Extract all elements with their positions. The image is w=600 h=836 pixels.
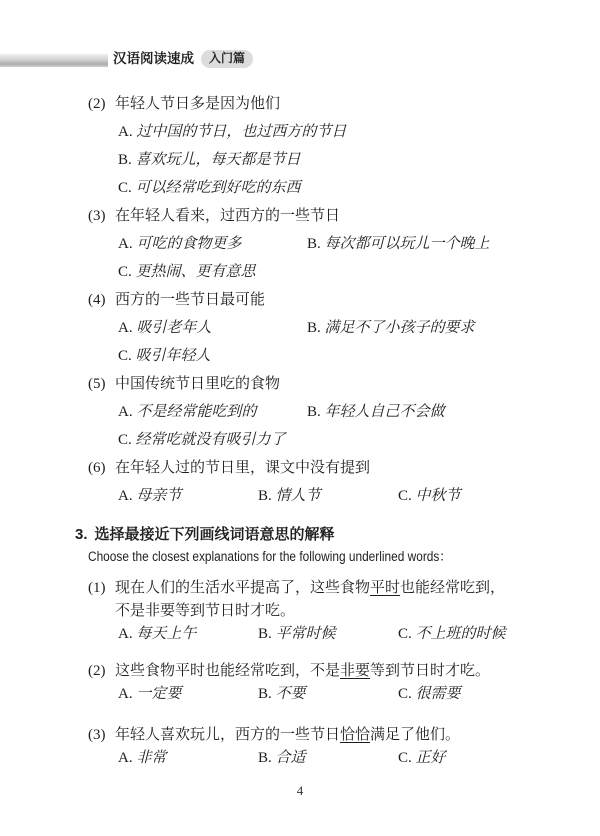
option-label: B. [258, 686, 272, 702]
option-label: A. [118, 320, 133, 336]
question-s2-3: (3) 在年轻人看来，过西方的一些节日 A. 可吃的食物更多 B. 每次都可以玩… [88, 202, 512, 286]
option-a: A. 不是经常能吃到的 [118, 398, 307, 426]
option-text: 不是经常能吃到的 [136, 404, 256, 420]
question-stem: 中国传统节日里吃的食物 [115, 370, 512, 398]
option-c: C. 吸引年轻人 [118, 342, 307, 370]
option-label: C. [398, 750, 412, 766]
option-label: A. [118, 750, 133, 766]
option-c: C. 很需要 [398, 683, 512, 706]
option-a: A. 一定要 [118, 683, 258, 706]
option-text: 每天上午 [136, 626, 196, 642]
option-text: 每次都可以玩儿一个晚上 [325, 236, 490, 252]
question-stem: 在年轻人看来，过西方的一些节日 [115, 202, 512, 230]
question-number: (6) [88, 454, 115, 482]
volume-badge: 入门篇 [201, 50, 253, 68]
option-text: 中秋节 [416, 488, 461, 504]
option-label: B. [307, 404, 321, 420]
option-c: C. 正好 [398, 747, 512, 770]
option-b: B. 平常时候 [258, 623, 398, 646]
option-label: A. [118, 488, 133, 504]
option-text: 合适 [276, 750, 306, 766]
options: A. 过中国的节日，也过西方的节日 B. 喜欢玩儿，每天都是节日 C. 可以经常… [115, 118, 512, 202]
option-text: 可以经常吃到好吃的东西 [136, 180, 301, 196]
underlined-word: 恰恰 [340, 727, 370, 743]
section-3-subtitle: Choose the closest explanations for the … [88, 547, 512, 567]
option-label: C. [398, 686, 412, 702]
options: A. 可吃的食物更多 B. 每次都可以玩儿一个晚上 C. 更热闹、更有意思 [115, 230, 512, 286]
option-label: C. [118, 348, 132, 364]
question-number: (1) [88, 577, 115, 600]
question-stem: 年轻人节日多是因为他们 [115, 90, 512, 118]
question-stem: 这些食物平时也能经常吃到，不是非要等到节日时才吃。 [115, 660, 512, 683]
option-b: B. 情人节 [258, 482, 398, 510]
option-b: B. 每次都可以玩儿一个晚上 [307, 230, 512, 258]
option-label: C. [118, 264, 132, 280]
options: A. 每天上午 B. 平常时候 C. 不上班的时候 [115, 623, 512, 646]
question-s3-1: (1) 现在人们的生活水平提高了，这些食物平时也能经常吃到，不是非要等到节日时才… [88, 577, 512, 646]
option-text: 吸引老年人 [136, 320, 211, 336]
header-rule [0, 54, 108, 67]
option-a: A. 母亲节 [118, 482, 258, 510]
options: A. 吸引老年人 B. 满足不了小孩子的要求 C. 吸引年轻人 [115, 314, 512, 370]
option-c: C. 经常吃就没有吸引力了 [118, 426, 307, 454]
option-b: B. 年轻人自己不会做 [307, 398, 512, 426]
option-c: C. 更热闹、更有意思 [118, 258, 307, 286]
page-content: (2) 年轻人节日多是因为他们 A. 过中国的节日，也过西方的节日 B. 喜欢玩… [88, 90, 512, 770]
option-a: A. 过中国的节日，也过西方的节日 [118, 118, 512, 146]
option-text: 一定要 [136, 686, 181, 702]
options: A. 非常 B. 合适 C. 正好 [115, 747, 512, 770]
option-text: 经常吃就没有吸引力了 [136, 432, 286, 448]
option-c: C. 不上班的时候 [398, 623, 512, 646]
option-label: A. [118, 124, 133, 140]
option-text: 过中国的节日，也过西方的节日 [136, 124, 346, 140]
question-stem: 现在人们的生活水平提高了，这些食物平时也能经常吃到，不是非要等到节日时才吃。 [115, 577, 512, 623]
option-label: C. [398, 626, 412, 642]
option-text: 吸引年轻人 [136, 348, 211, 364]
option-text: 更热闹、更有意思 [136, 264, 256, 280]
question-s2-6: (6) 在年轻人过的节日里，课文中没有提到 A. 母亲节 B. 情人节 C. 中… [88, 454, 512, 510]
question-stem: 年轻人喜欢玩儿，西方的一些节日恰恰满足了他们。 [115, 724, 512, 747]
question-s2-5: (5) 中国传统节日里吃的食物 A. 不是经常能吃到的 B. 年轻人自己不会做 … [88, 370, 512, 454]
option-label: B. [307, 320, 321, 336]
question-stem: 西方的一些节日最可能 [115, 286, 512, 314]
options: A. 母亲节 B. 情人节 C. 中秋节 [115, 482, 512, 510]
page-number: 4 [0, 783, 600, 799]
question-s3-2: (2) 这些食物平时也能经常吃到，不是非要等到节日时才吃。 A. 一定要 B. … [88, 660, 512, 706]
option-text: 满足不了小孩子的要求 [325, 320, 475, 336]
question-stem: 在年轻人过的节日里，课文中没有提到 [115, 454, 512, 482]
option-label: C. [398, 488, 412, 504]
option-a: A. 吸引老年人 [118, 314, 307, 342]
option-label: B. [118, 152, 132, 168]
option-b: B. 满足不了小孩子的要求 [307, 314, 512, 342]
option-text: 很需要 [416, 686, 461, 702]
section-3: 3.选择最接近下列画线词语意思的解释 Choose the closest ex… [88, 523, 512, 770]
option-text: 不要 [276, 686, 306, 702]
option-a: A. 非常 [118, 747, 258, 770]
question-number: (2) [88, 90, 115, 118]
option-label: C. [118, 432, 132, 448]
option-text: 非常 [136, 750, 166, 766]
question-number: (3) [88, 724, 115, 747]
option-label: B. [258, 750, 272, 766]
option-label: A. [118, 686, 133, 702]
question-number: (4) [88, 286, 115, 314]
option-text: 正好 [416, 750, 446, 766]
option-a: A. 每天上午 [118, 623, 258, 646]
option-text: 年轻人自己不会做 [325, 404, 445, 420]
option-label: A. [118, 404, 133, 420]
option-text: 喜欢玩儿，每天都是节日 [136, 152, 301, 168]
option-a: A. 可吃的食物更多 [118, 230, 307, 258]
option-label: A. [118, 626, 133, 642]
question-s2-4: (4) 西方的一些节日最可能 A. 吸引老年人 B. 满足不了小孩子的要求 C.… [88, 286, 512, 370]
question-s3-3: (3) 年轻人喜欢玩儿，西方的一些节日恰恰满足了他们。 A. 非常 B. 合适 … [88, 724, 512, 770]
section-3-heading: 3.选择最接近下列画线词语意思的解释 [75, 523, 512, 547]
question-number: (2) [88, 660, 115, 683]
section-title-en: Choose the closest explanations for the … [88, 547, 451, 567]
option-label: B. [258, 626, 272, 642]
textbook-page: 汉语阅读速成 入门篇 (2) 年轻人节日多是因为他们 A. 过中国的节日，也过西… [0, 0, 600, 836]
question-s2-2: (2) 年轻人节日多是因为他们 A. 过中国的节日，也过西方的节日 B. 喜欢玩… [88, 90, 512, 202]
option-label: A. [118, 236, 133, 252]
underlined-word: 非要 [340, 663, 370, 679]
section-2-questions: (2) 年轻人节日多是因为他们 A. 过中国的节日，也过西方的节日 B. 喜欢玩… [88, 90, 512, 510]
option-c: C. 可以经常吃到好吃的东西 [118, 174, 512, 202]
option-text: 可吃的食物更多 [136, 236, 241, 252]
section-number: 3. [75, 526, 88, 543]
option-text: 平常时候 [276, 626, 336, 642]
option-b: B. 喜欢玩儿，每天都是节日 [118, 146, 512, 174]
options: A. 不是经常能吃到的 B. 年轻人自己不会做 C. 经常吃就没有吸引力了 [115, 398, 512, 454]
question-number: (5) [88, 370, 115, 398]
option-b: B. 合适 [258, 747, 398, 770]
book-title: 汉语阅读速成 [113, 50, 194, 68]
option-text: 母亲节 [136, 488, 181, 504]
option-text: 情人节 [276, 488, 321, 504]
underlined-word: 平时 [370, 580, 400, 596]
options: A. 一定要 B. 不要 C. 很需要 [115, 683, 512, 706]
option-text: 不上班的时候 [416, 626, 506, 642]
option-label: C. [118, 180, 132, 196]
option-c: C. 中秋节 [398, 482, 512, 510]
option-label: B. [307, 236, 321, 252]
option-b: B. 不要 [258, 683, 398, 706]
question-number: (3) [88, 202, 115, 230]
section-title-zh: 选择最接近下列画线词语意思的解释 [95, 526, 335, 543]
option-label: B. [258, 488, 272, 504]
